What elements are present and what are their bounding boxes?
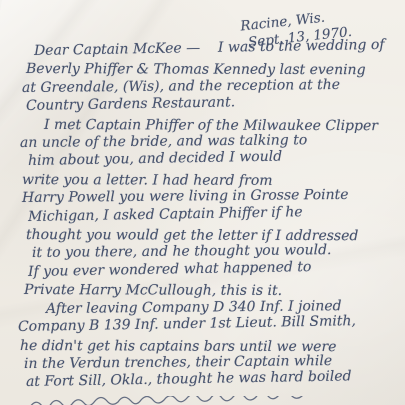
handwritten-letter-photo: Racine, Wis. Sept. 13, 1970. Dear Captai… (0, 0, 405, 405)
letter-body: Dear Captain McKee — I was to the weddin… (16, 42, 401, 392)
letter-line: Dear Captain McKee — I was to the weddin… (34, 36, 401, 61)
clipped-handwriting-ink (28, 396, 368, 405)
